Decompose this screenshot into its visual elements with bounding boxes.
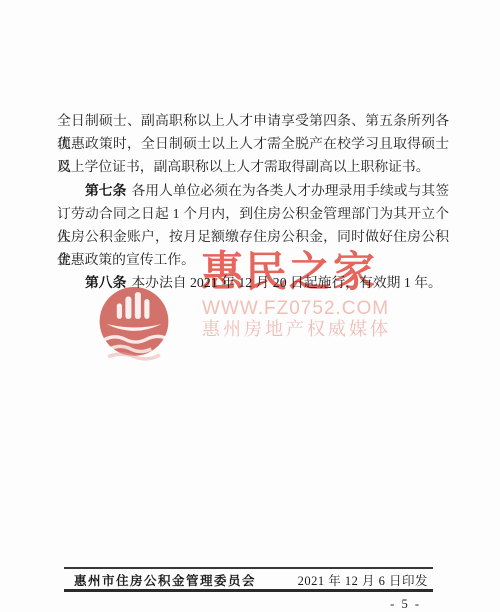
watermark: 惠民之家 WWW.FZ0752.COM 惠州房地产权威媒体	[0, 0, 500, 612]
body-text: 以上学位证书，副高职称以上人才需取得副高以上职称证书。	[57, 159, 430, 174]
document-body: 全日制硕士、副高职称以上人才申请享受第四条、第五条所列各项优惠政策时，全日制硕士…	[57, 109, 449, 295]
body-text: 各用人单位必须在为各类人才办理录用手续或与其签	[131, 183, 449, 198]
body-line: 订劳动合同之日起 1 个月内，到住房公积金管理部门为其开立个人	[57, 202, 449, 225]
footer-row: 惠州市住房公积金管理委员会 2021 年 12 月 6 日印发	[74, 571, 428, 588]
body-line: 第七条各用人单位必须在为各类人才办理录用手续或与其签	[57, 179, 449, 202]
body-line: 优惠政策的宣传工作。	[57, 248, 449, 271]
footer-print-date: 2021 年 12 月 6 日印发	[298, 571, 428, 589]
footer-issuer: 惠州市住房公积金管理委员会	[74, 571, 256, 589]
body-line: 住房公积金账户，按月足额缴存住房公积金，同时做好住房公积金	[57, 225, 449, 248]
article-term: 第八条	[85, 275, 126, 290]
body-line: 优惠政策时，全日制硕士以上人才需全脱产在校学习且取得硕士及	[57, 132, 449, 155]
body-line: 全日制硕士、副高职称以上人才申请享受第四条、第五条所列各项	[57, 109, 449, 132]
footer-rule-thin	[64, 567, 433, 569]
body-line: 以上学位证书，副高职称以上人才需取得副高以上职称证书。	[57, 155, 449, 178]
page-number: - 5 -	[390, 597, 421, 612]
article-term: 第七条	[85, 183, 126, 198]
footer-rule-thick	[64, 589, 433, 592]
body-text: 本办法自 2021 年 12 月 20 日起施行，有效期 1 年。	[131, 275, 441, 290]
watermark-url-text: WWW.FZ0752.COM	[202, 299, 389, 319]
body-line: 第八条本办法自 2021 年 12 月 20 日起施行，有效期 1 年。	[57, 271, 449, 294]
watermark-tagline-text: 惠州房地产权威媒体	[202, 320, 391, 339]
scanned-document-page: 惠民之家 WWW.FZ0752.COM 惠州房地产权威媒体 全日制硕士、副高职称…	[0, 0, 500, 612]
body-text: 优惠政策的宣传工作。	[57, 252, 195, 267]
